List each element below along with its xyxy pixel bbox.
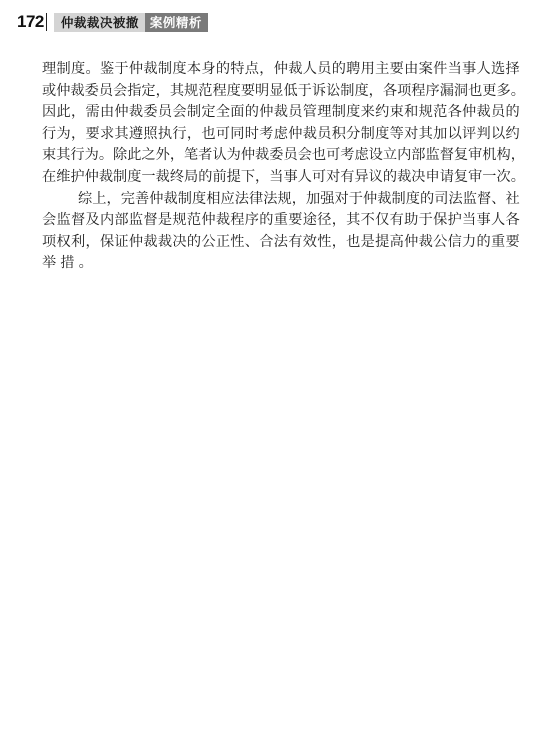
text-line: 束其行为。除此之外，笔者认为仲裁委员会也可考虑设立内部监督复审机构， [42,145,520,167]
body-text: 理制度。鉴于仲裁制度本身的特点，仲裁人员的聘用主要由案件当事人选择 或仲裁委员会… [42,59,520,275]
text-line: 理制度。鉴于仲裁制度本身的特点，仲裁人员的聘用主要由案件当事人选择 [42,59,520,81]
text-line: 因此，需由仲裁委员会制定全面的仲裁员管理制度来约束和规范各仲裁员的 [42,102,520,124]
text-line: 在维护仲裁制度一裁终局的前提下，当事人可对有异议的裁决申请复审一次。 [42,167,520,189]
text-line: 项权利，保证仲裁裁决的公正性、合法有效性，也是提高仲裁公信力的重要 [42,232,520,254]
text-line: 举措。 [42,253,520,275]
page-number: 172 [17,12,44,32]
section-label: 案例精析 [145,13,208,32]
running-header: 172 仲裁裁决被撤 案例精析 [17,12,208,32]
text-line: 综上，完善仲裁制度相应法律法规，加强对于仲裁制度的司法监督、社 [42,189,520,211]
text-line: 会监督及内部监督是规范仲裁程序的重要途径，其不仅有助于保护当事人各 [42,210,520,232]
paragraph-2: 综上，完善仲裁制度相应法律法规，加强对于仲裁制度的司法监督、社 会监督及内部监督… [42,189,520,275]
header-divider [46,13,47,31]
paragraph-1: 理制度。鉴于仲裁制度本身的特点，仲裁人员的聘用主要由案件当事人选择 或仲裁委员会… [42,59,520,189]
book-title: 仲裁裁决被撤 [54,13,145,32]
text-line: 或仲裁委员会指定，其规范程度要明显低于诉讼制度，各项程序漏洞也更多。 [42,81,520,103]
text-line: 行为，要求其遵照执行，也可同时考虑仲裁员积分制度等对其加以评判以约 [42,124,520,146]
